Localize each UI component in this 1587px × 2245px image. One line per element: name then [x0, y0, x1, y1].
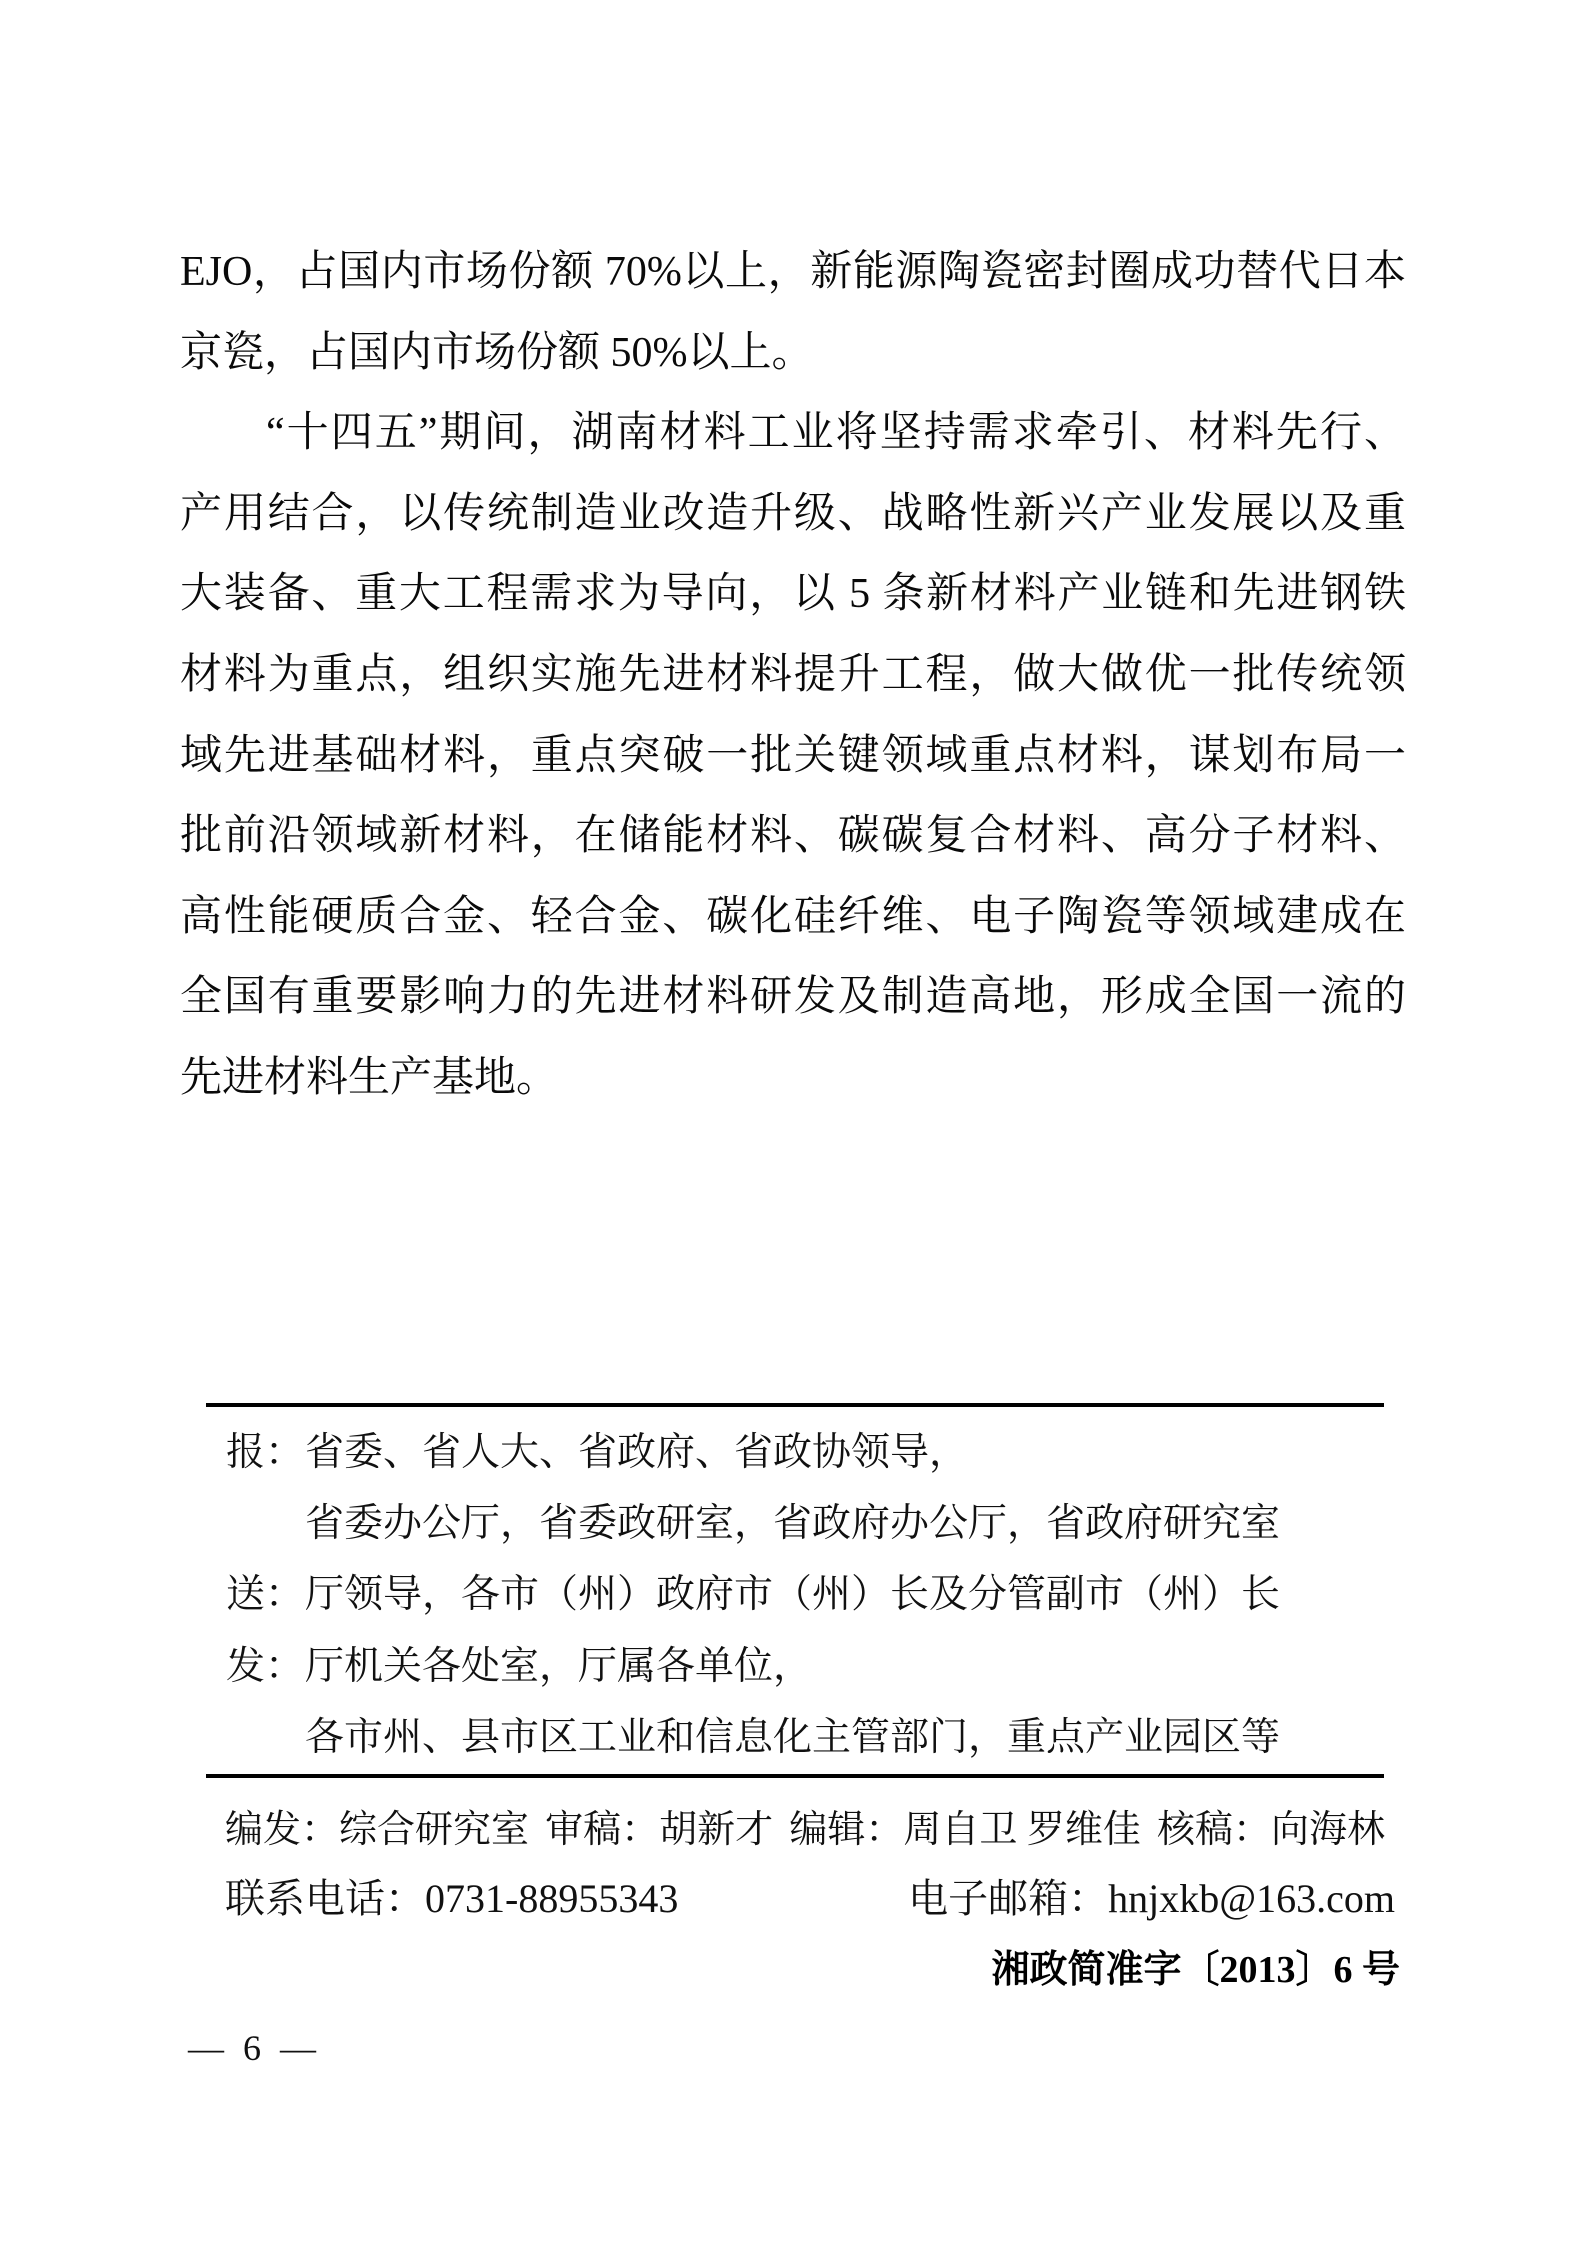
editors-item: 编发：综合研究室	[225, 1798, 529, 1853]
email-label: 电子邮箱：	[908, 1876, 1108, 1921]
distribution-label: 送：	[226, 1563, 305, 1619]
body-line: 域先进基础材料，重点突破一批关键领域重点材料，谋划布局一	[180, 716, 1406, 797]
distribution-row: 各市州、县市区工业和信息化主管部门，重点产业园区等	[226, 1699, 1384, 1770]
divider-rule-bottom	[206, 1774, 1384, 1778]
distribution-row: 送： 厅领导，各市（州）政府市（州）长及分管副市（州）长	[226, 1556, 1384, 1627]
distribution-label: 发：	[226, 1635, 305, 1691]
phone-value: 0731-88955343	[425, 1876, 678, 1921]
phone-label: 联系电话：	[225, 1876, 425, 1921]
body-text-block: EJO，占国内市场份额 70%以上，新能源陶瓷密封圈成功替代日本 京瓷，占国内市…	[180, 232, 1406, 1119]
body-line: 京瓷，占国内市场份额 50%以上。	[180, 313, 1406, 394]
body-line: 批前沿领域新材料，在储能材料、碳碳复合材料、高分子材料、	[180, 796, 1406, 877]
editors-row: 编发：综合研究室 审稿：胡新才 编辑：周自卫 罗维佳 核稿：向海林	[225, 1800, 1385, 1850]
distribution-text: 厅机关各处室，厅属各单位，	[305, 1635, 1384, 1691]
contact-email: 电子邮箱：hnjxkb@163.com	[908, 1867, 1395, 1924]
distribution-text: 省委办公厅，省委政研室，省政府办公厅，省政府研究室	[305, 1492, 1384, 1548]
divider-rule-top	[206, 1403, 1384, 1407]
distribution-text: 省委、省人大、省政府、省政协领导，	[305, 1421, 1384, 1477]
body-line: 高性能硬质合金、轻合金、碳化硅纤维、电子陶瓷等领域建成在	[180, 877, 1406, 958]
distribution-row: 省委办公厅，省委政研室，省政府办公厅，省政府研究室	[226, 1484, 1384, 1555]
document-page: EJO，占国内市场份额 70%以上，新能源陶瓷密封圈成功替代日本 京瓷，占国内市…	[0, 0, 1587, 2245]
body-line: 产用结合，以传统制造业改造升级、战略性新兴产业发展以及重	[180, 474, 1406, 555]
editors-item: 审稿：胡新才	[545, 1798, 773, 1853]
editors-item: 编辑：周自卫 罗维佳	[789, 1798, 1141, 1853]
body-line: 大装备、重大工程需求为导向，以 5 条新材料产业链和先进钢铁	[180, 554, 1406, 635]
editors-item: 核稿：向海林	[1157, 1798, 1385, 1853]
email-value: hnjxkb@163.com	[1108, 1876, 1395, 1921]
distribution-text: 厅领导，各市（州）政府市（州）长及分管副市（州）长	[305, 1563, 1384, 1619]
contacts-row: 联系电话：0731-88955343 电子邮箱：hnjxkb@163.com	[225, 1870, 1395, 1920]
body-line: “十四五”期间，湖南材料工业将坚持需求牵引、材料先行、	[180, 393, 1406, 474]
doc-number: 湘政简准字〔2013〕6 号	[991, 1946, 1400, 1994]
page-number: — 6 —	[188, 2028, 316, 2068]
body-line: EJO，占国内市场份额 70%以上，新能源陶瓷密封圈成功替代日本	[180, 232, 1406, 313]
distribution-text: 各市州、县市区工业和信息化主管部门，重点产业园区等	[305, 1706, 1384, 1762]
contact-phone: 联系电话：0731-88955343	[225, 1867, 678, 1924]
distribution-row: 报： 省委、省人大、省政府、省政协领导，	[226, 1413, 1384, 1484]
distribution-label: 报：	[226, 1421, 305, 1477]
distribution-row: 发： 厅机关各处室，厅属各单位，	[226, 1627, 1384, 1698]
distribution-list: 报： 省委、省人大、省政府、省政协领导， 省委办公厅，省委政研室，省政府办公厅，…	[226, 1413, 1384, 1770]
body-line: 全国有重要影响力的先进材料研发及制造高地，形成全国一流的	[180, 957, 1406, 1038]
body-line: 材料为重点，组织实施先进材料提升工程，做大做优一批传统领	[180, 635, 1406, 716]
body-line: 先进材料生产基地。	[180, 1038, 1406, 1119]
